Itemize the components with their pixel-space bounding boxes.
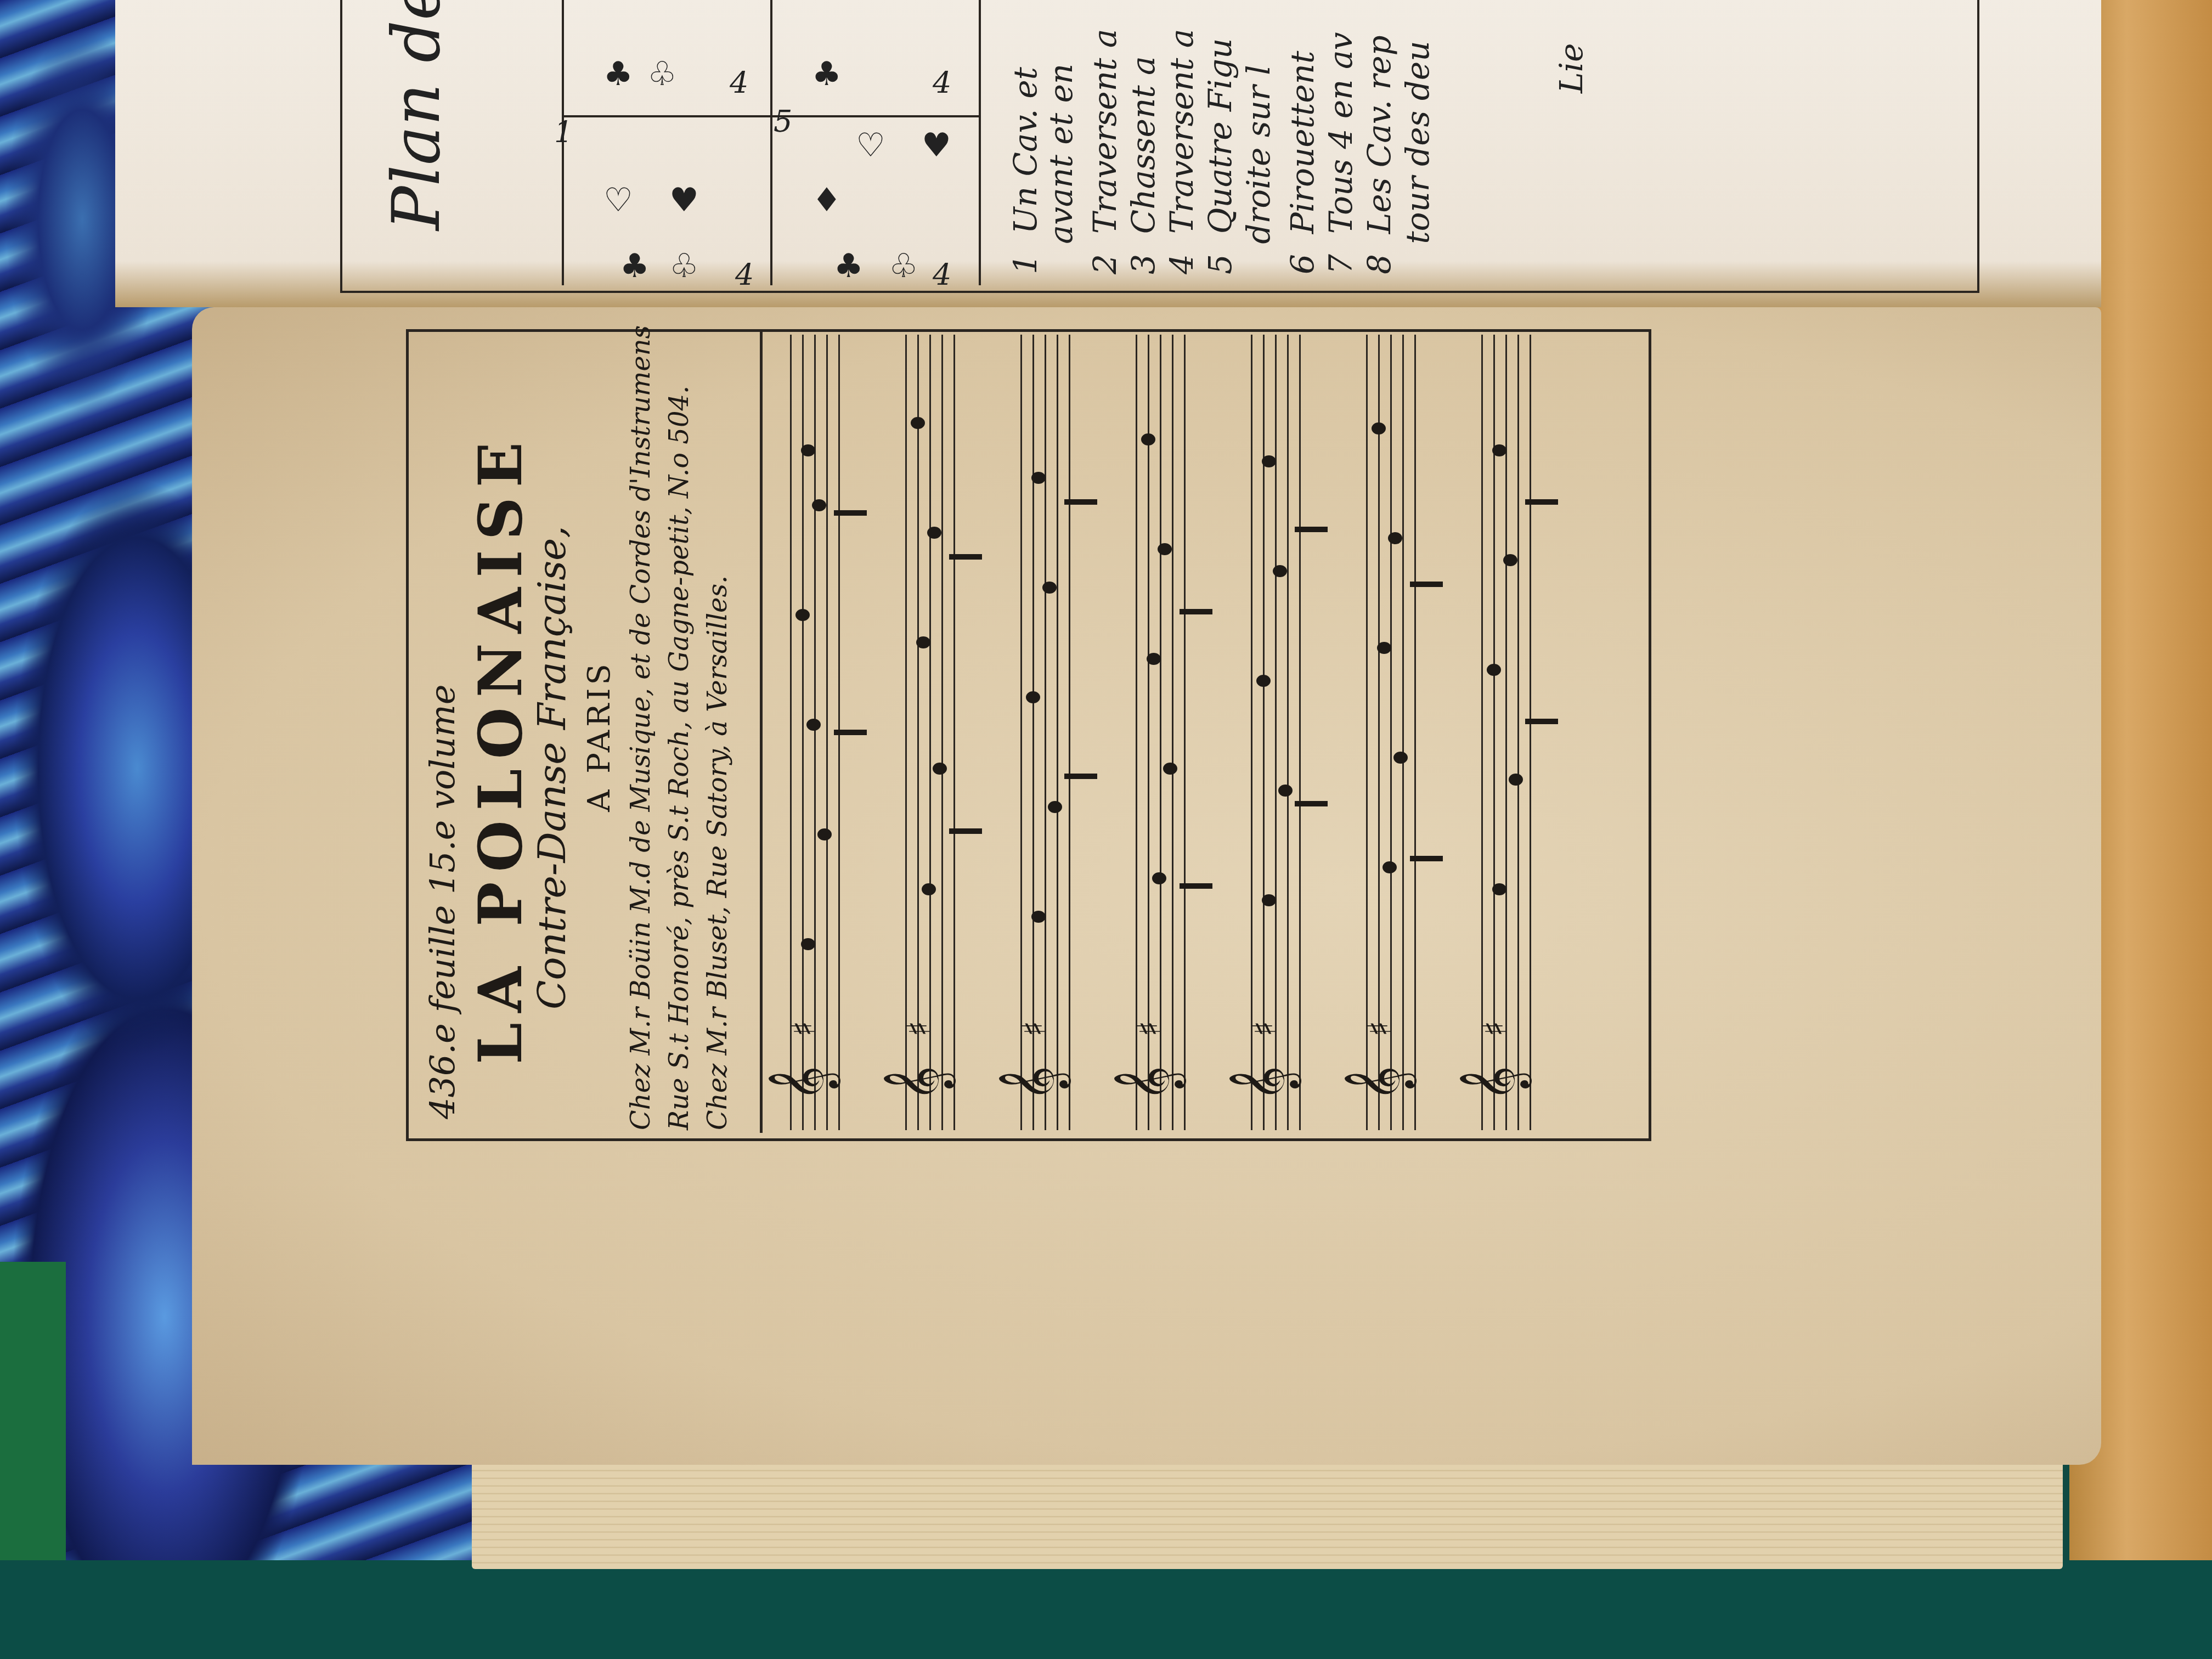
club-icon: ♣ [812, 55, 842, 93]
music-staff: 𝄞 ♯ [905, 335, 982, 1130]
publisher-line: Chez M.r Bluset, Rue Satory, à Versaille… [702, 575, 733, 1130]
instruction-line: droite sur l [1240, 65, 1277, 274]
club-icon: ♣ [834, 247, 864, 285]
instruction-line: 2 Traversent a [1086, 29, 1124, 274]
divider [770, 0, 772, 285]
treble-clef-icon: 𝄞 [767, 1065, 838, 1101]
green-cloth [0, 1560, 2212, 1659]
city: A PARIS [582, 661, 617, 812]
sheet-reference: 436.e feuille 15.e volume [422, 685, 462, 1120]
sharp-icon: ♯ [1361, 1020, 1399, 1036]
treble-clef-icon: 𝄞 [1228, 1065, 1299, 1101]
club-icon: ♣ [620, 247, 650, 285]
music-staff: 𝄞 ♯ [1366, 335, 1443, 1130]
instruction-line: 1 Un Cav. et [1007, 67, 1044, 274]
music-staff: 𝄞 ♯ [1251, 335, 1328, 1130]
instruction-line: 8 Les Cav. rep [1361, 35, 1398, 274]
heart-icon: ♥ [922, 126, 951, 165]
sharp-icon: ♯ [785, 1020, 823, 1036]
plan-heading: Plan de [379, 0, 455, 230]
song-title: LA POLONAISE [466, 432, 535, 1064]
club-outline-icon: ♧ [889, 247, 918, 285]
publisher-line: Chez M.r Boüin M.d de Musique, et de Cor… [625, 325, 656, 1130]
club-outline-icon: ♧ [647, 55, 677, 93]
treble-clef-icon: 𝄞 [1458, 1065, 1530, 1101]
sharp-icon: ♯ [1476, 1020, 1514, 1036]
instruction-line: Lie [1553, 43, 1590, 93]
instruction-line: avant et en [1042, 64, 1080, 274]
instruction-line: tour des deu [1399, 41, 1436, 274]
sharp-icon: ♯ [900, 1020, 938, 1036]
divider [979, 0, 981, 285]
instruction-line: 7 Tous 4 en av [1322, 32, 1359, 274]
treble-clef-icon: 𝄞 [997, 1065, 1069, 1101]
instruction-line: 5 Quatre Figu [1201, 38, 1239, 274]
diamond-icon: ♦ [812, 181, 842, 219]
song-subtitle: Contre-Danse Française, [529, 526, 574, 1009]
heart-outline-icon: ♡ [603, 181, 633, 219]
diagram-number: 1 [554, 115, 573, 150]
heart-icon: ♥ [669, 181, 699, 219]
sharp-icon: ♯ [1130, 1020, 1169, 1036]
club-outline-icon: ♧ [669, 247, 699, 285]
treble-clef-icon: 𝄞 [1343, 1065, 1414, 1101]
diagram-number: 4 [933, 66, 951, 100]
heart-outline-icon: ♡ [856, 126, 885, 165]
instruction-line: 6 Pirouettent [1284, 51, 1321, 274]
sharp-icon: ♯ [1245, 1020, 1284, 1036]
sharp-icon: ♯ [1015, 1020, 1053, 1036]
diagram-number: 4 [730, 66, 748, 100]
music-staff: 𝄞 ♯ [1481, 335, 1558, 1130]
publisher-line: Rue S.t Honoré, près S.t Roch, au Gagne-… [664, 386, 695, 1130]
music-staff: 𝄞 ♯ [1136, 335, 1212, 1130]
treble-clef-icon: 𝄞 [882, 1065, 953, 1101]
club-icon: ♣ [603, 55, 633, 93]
green-book-cover [0, 1262, 66, 1569]
diagram-number: 5 [774, 104, 792, 139]
treble-clef-icon: 𝄞 [1113, 1065, 1184, 1101]
diagram-number: 4 [933, 258, 951, 292]
divider [562, 115, 979, 117]
instruction-line: 4 Traversent a [1163, 29, 1200, 274]
diagram-number: 4 [735, 258, 754, 292]
instruction-line: 3 Chassent a [1125, 56, 1162, 274]
music-staff: 𝄞 ♯ [1020, 335, 1097, 1130]
music-staff: 𝄞 ♯ [790, 335, 867, 1130]
